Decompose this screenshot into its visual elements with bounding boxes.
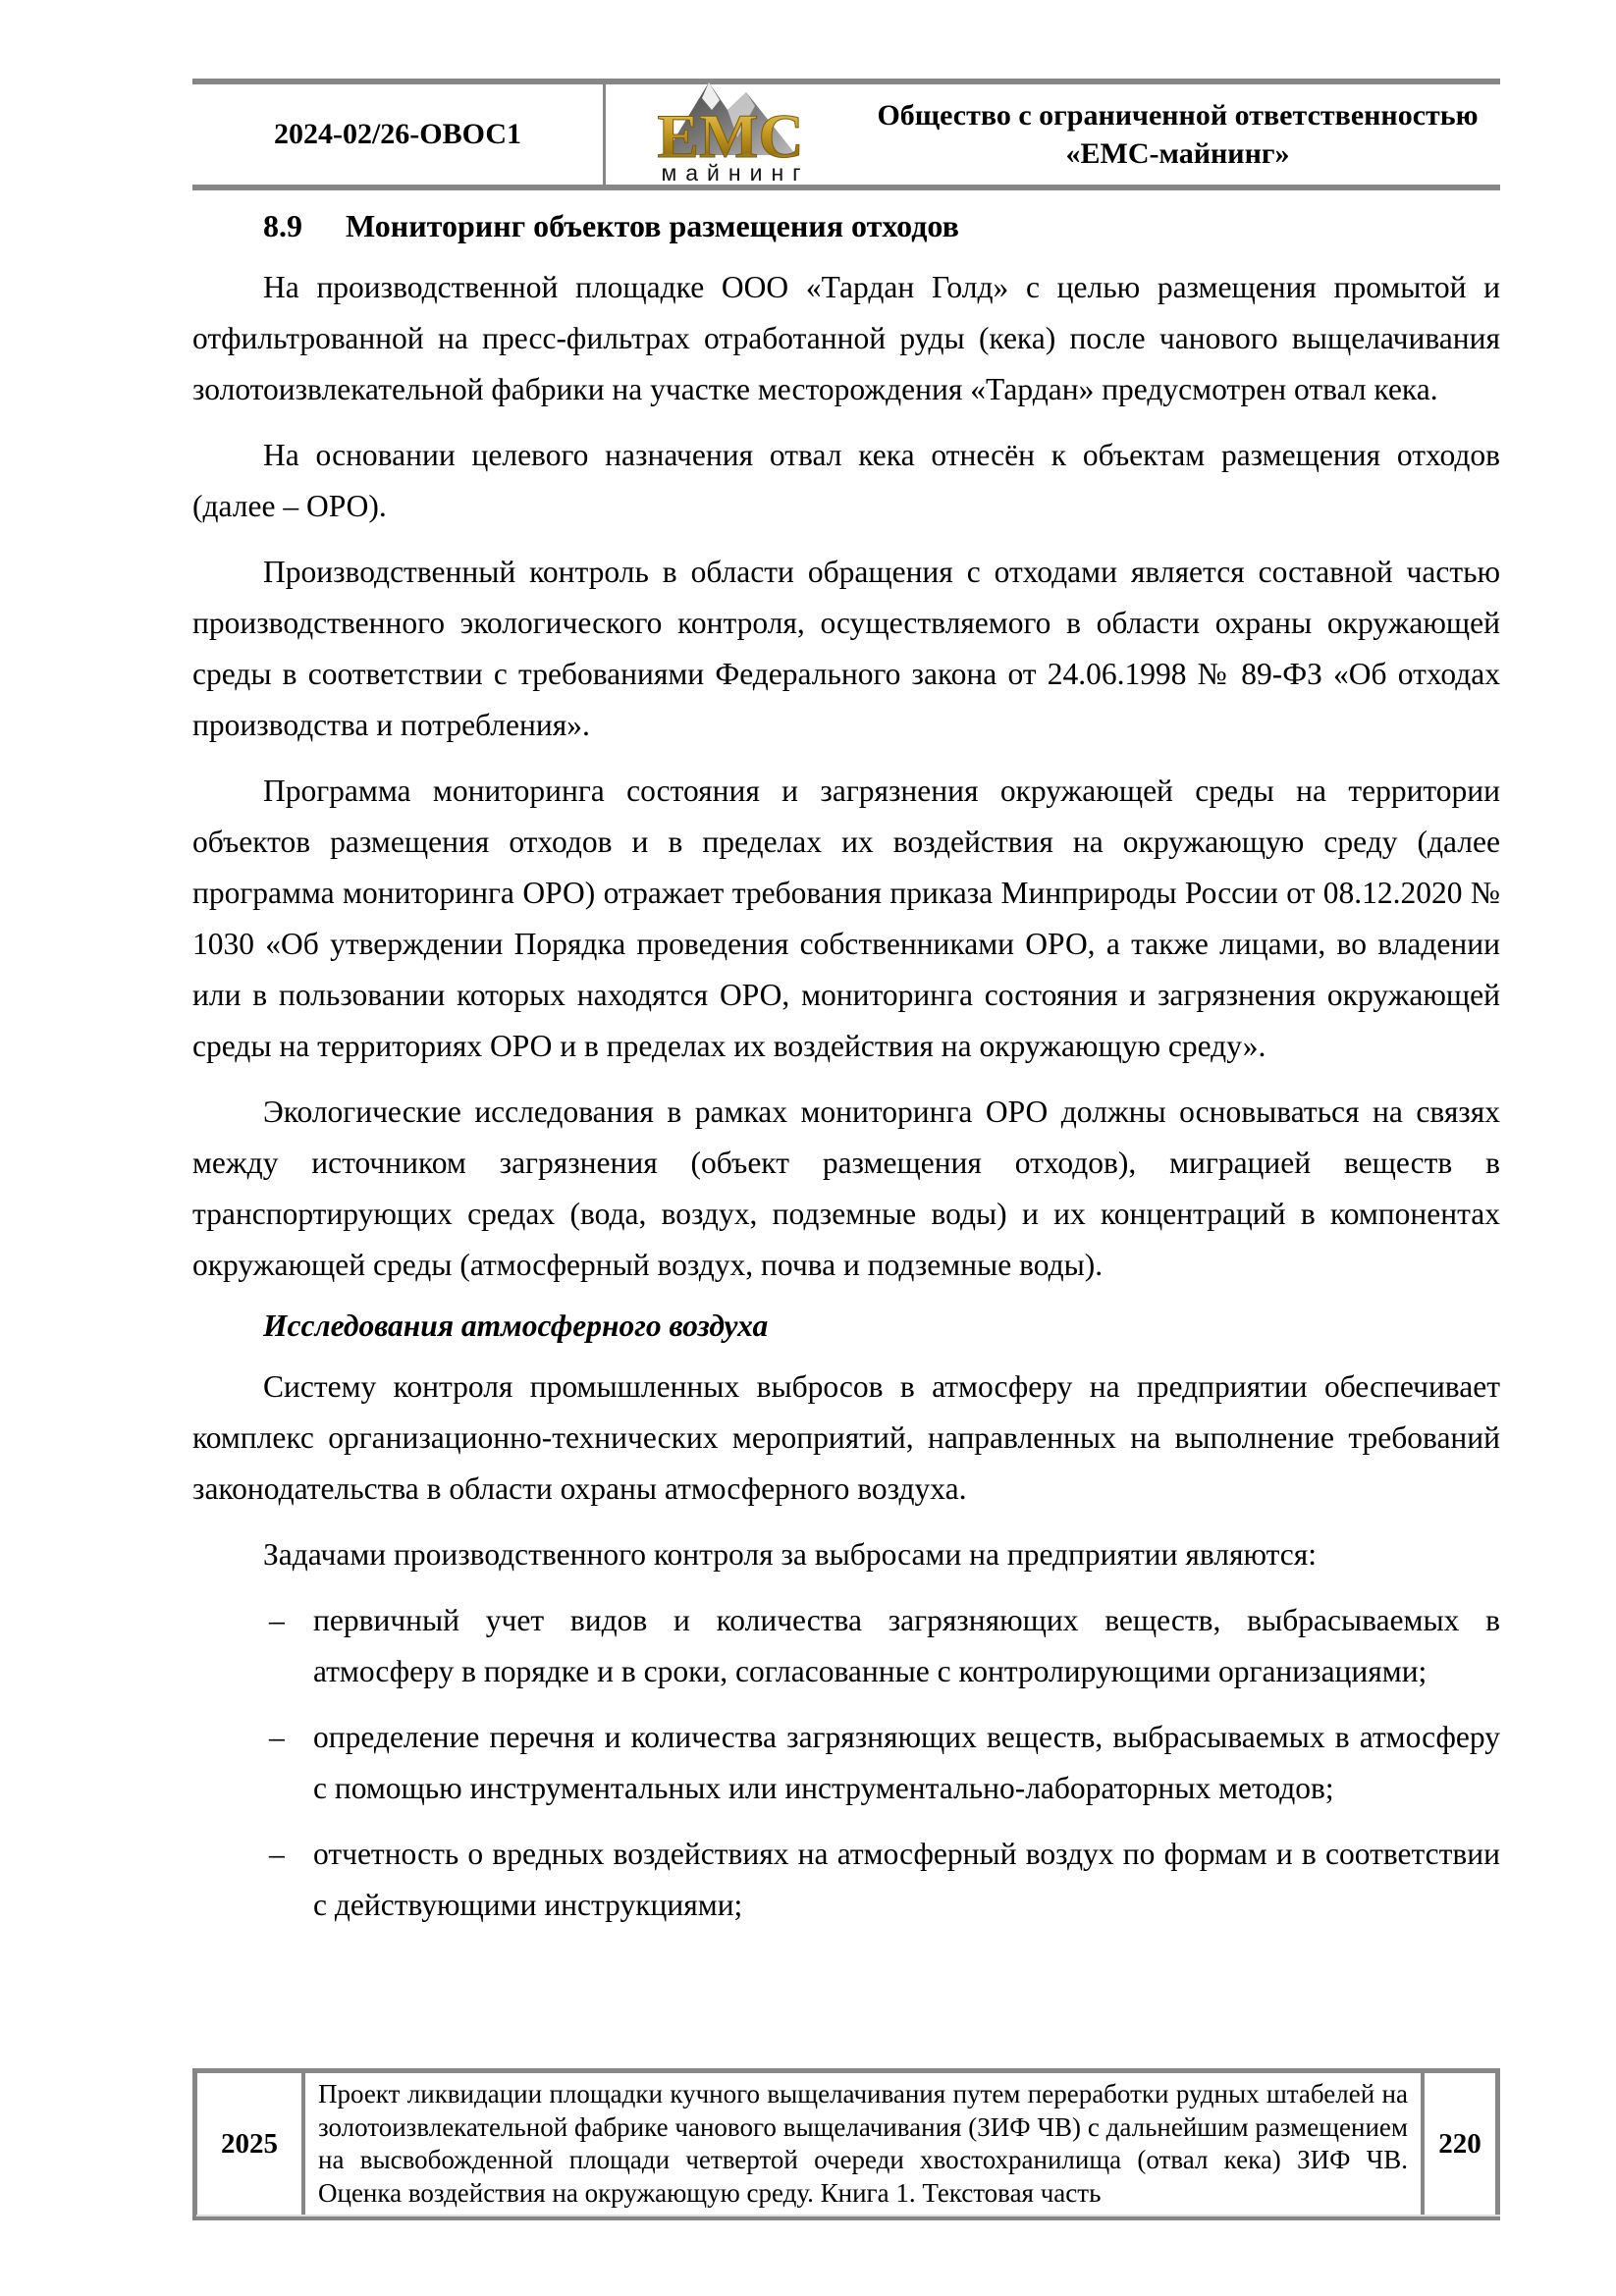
bullet-dash: – bbox=[269, 1712, 313, 1814]
paragraph-6: Систему контроля промышленных выбросов в… bbox=[192, 1362, 1500, 1515]
company-logo: ЕМС майнинг bbox=[606, 84, 855, 185]
bullet-dash: – bbox=[269, 1829, 313, 1931]
footer-year: 2025 bbox=[197, 2073, 305, 2216]
bullet-text: отчетность о вредных воздействиях на атм… bbox=[313, 1829, 1500, 1931]
page-header: 2024-02/26-ОВОС1 bbox=[192, 79, 1500, 190]
section-title: Мониторинг объектов размещения отходов bbox=[346, 208, 959, 243]
page-footer: 2025 Проект ликвидации площадки кучного … bbox=[192, 2068, 1500, 2220]
footer-shadow-line bbox=[196, 2215, 1500, 2216]
paragraph-4: Программа мониторинга состояния и загряз… bbox=[192, 766, 1500, 1072]
list-item-1: – первичный учет видов и количества загр… bbox=[192, 1595, 1500, 1697]
subsection-heading: Исследования атмосферного воздуха bbox=[263, 1308, 1500, 1344]
list-item-2: – определение перечня и количества загря… bbox=[192, 1712, 1500, 1814]
paragraph-2: На основании целевого назначения отвал к… bbox=[192, 430, 1500, 532]
company-name-cell: Общество с ограниченной ответственностью… bbox=[855, 84, 1500, 185]
footer-page-number: 220 bbox=[1425, 2073, 1495, 2216]
bullet-text: определение перечня и количества загрязн… bbox=[313, 1712, 1500, 1814]
paragraph-1: На производственной площадке ООО «Тардан… bbox=[192, 262, 1500, 415]
document-body: 8.9Мониторинг объектов размещения отходо… bbox=[192, 208, 1500, 1946]
paragraph-5: Экологические исследования в рамках мони… bbox=[192, 1087, 1500, 1291]
section-number: 8.9 bbox=[263, 208, 302, 243]
company-name-line1: Общество с ограниченной ответственностью bbox=[877, 96, 1478, 134]
bullet-dash: – bbox=[269, 1595, 313, 1697]
bullet-text: первичный учет видов и количества загряз… bbox=[313, 1595, 1500, 1697]
logo-subtext: майнинг bbox=[661, 160, 809, 185]
emc-mining-logo-icon: ЕМС майнинг bbox=[608, 77, 853, 185]
footer-description: Проект ликвидации площадки кучного выщел… bbox=[305, 2073, 1425, 2216]
company-name-line2: «ЕМС-майнинг» bbox=[1066, 134, 1290, 173]
document-code: 2024-02/26-ОВОС1 bbox=[274, 118, 521, 151]
list-item-3: – отчетность о вредных воздействиях на а… bbox=[192, 1829, 1500, 1931]
paragraph-3: Производственный контроль в области обра… bbox=[192, 547, 1500, 751]
paragraph-7: Задачами производственного контроля за в… bbox=[192, 1529, 1500, 1580]
section-heading: 8.9Мониторинг объектов размещения отходо… bbox=[263, 208, 1500, 244]
document-code-cell: 2024-02/26-ОВОС1 bbox=[192, 84, 606, 185]
